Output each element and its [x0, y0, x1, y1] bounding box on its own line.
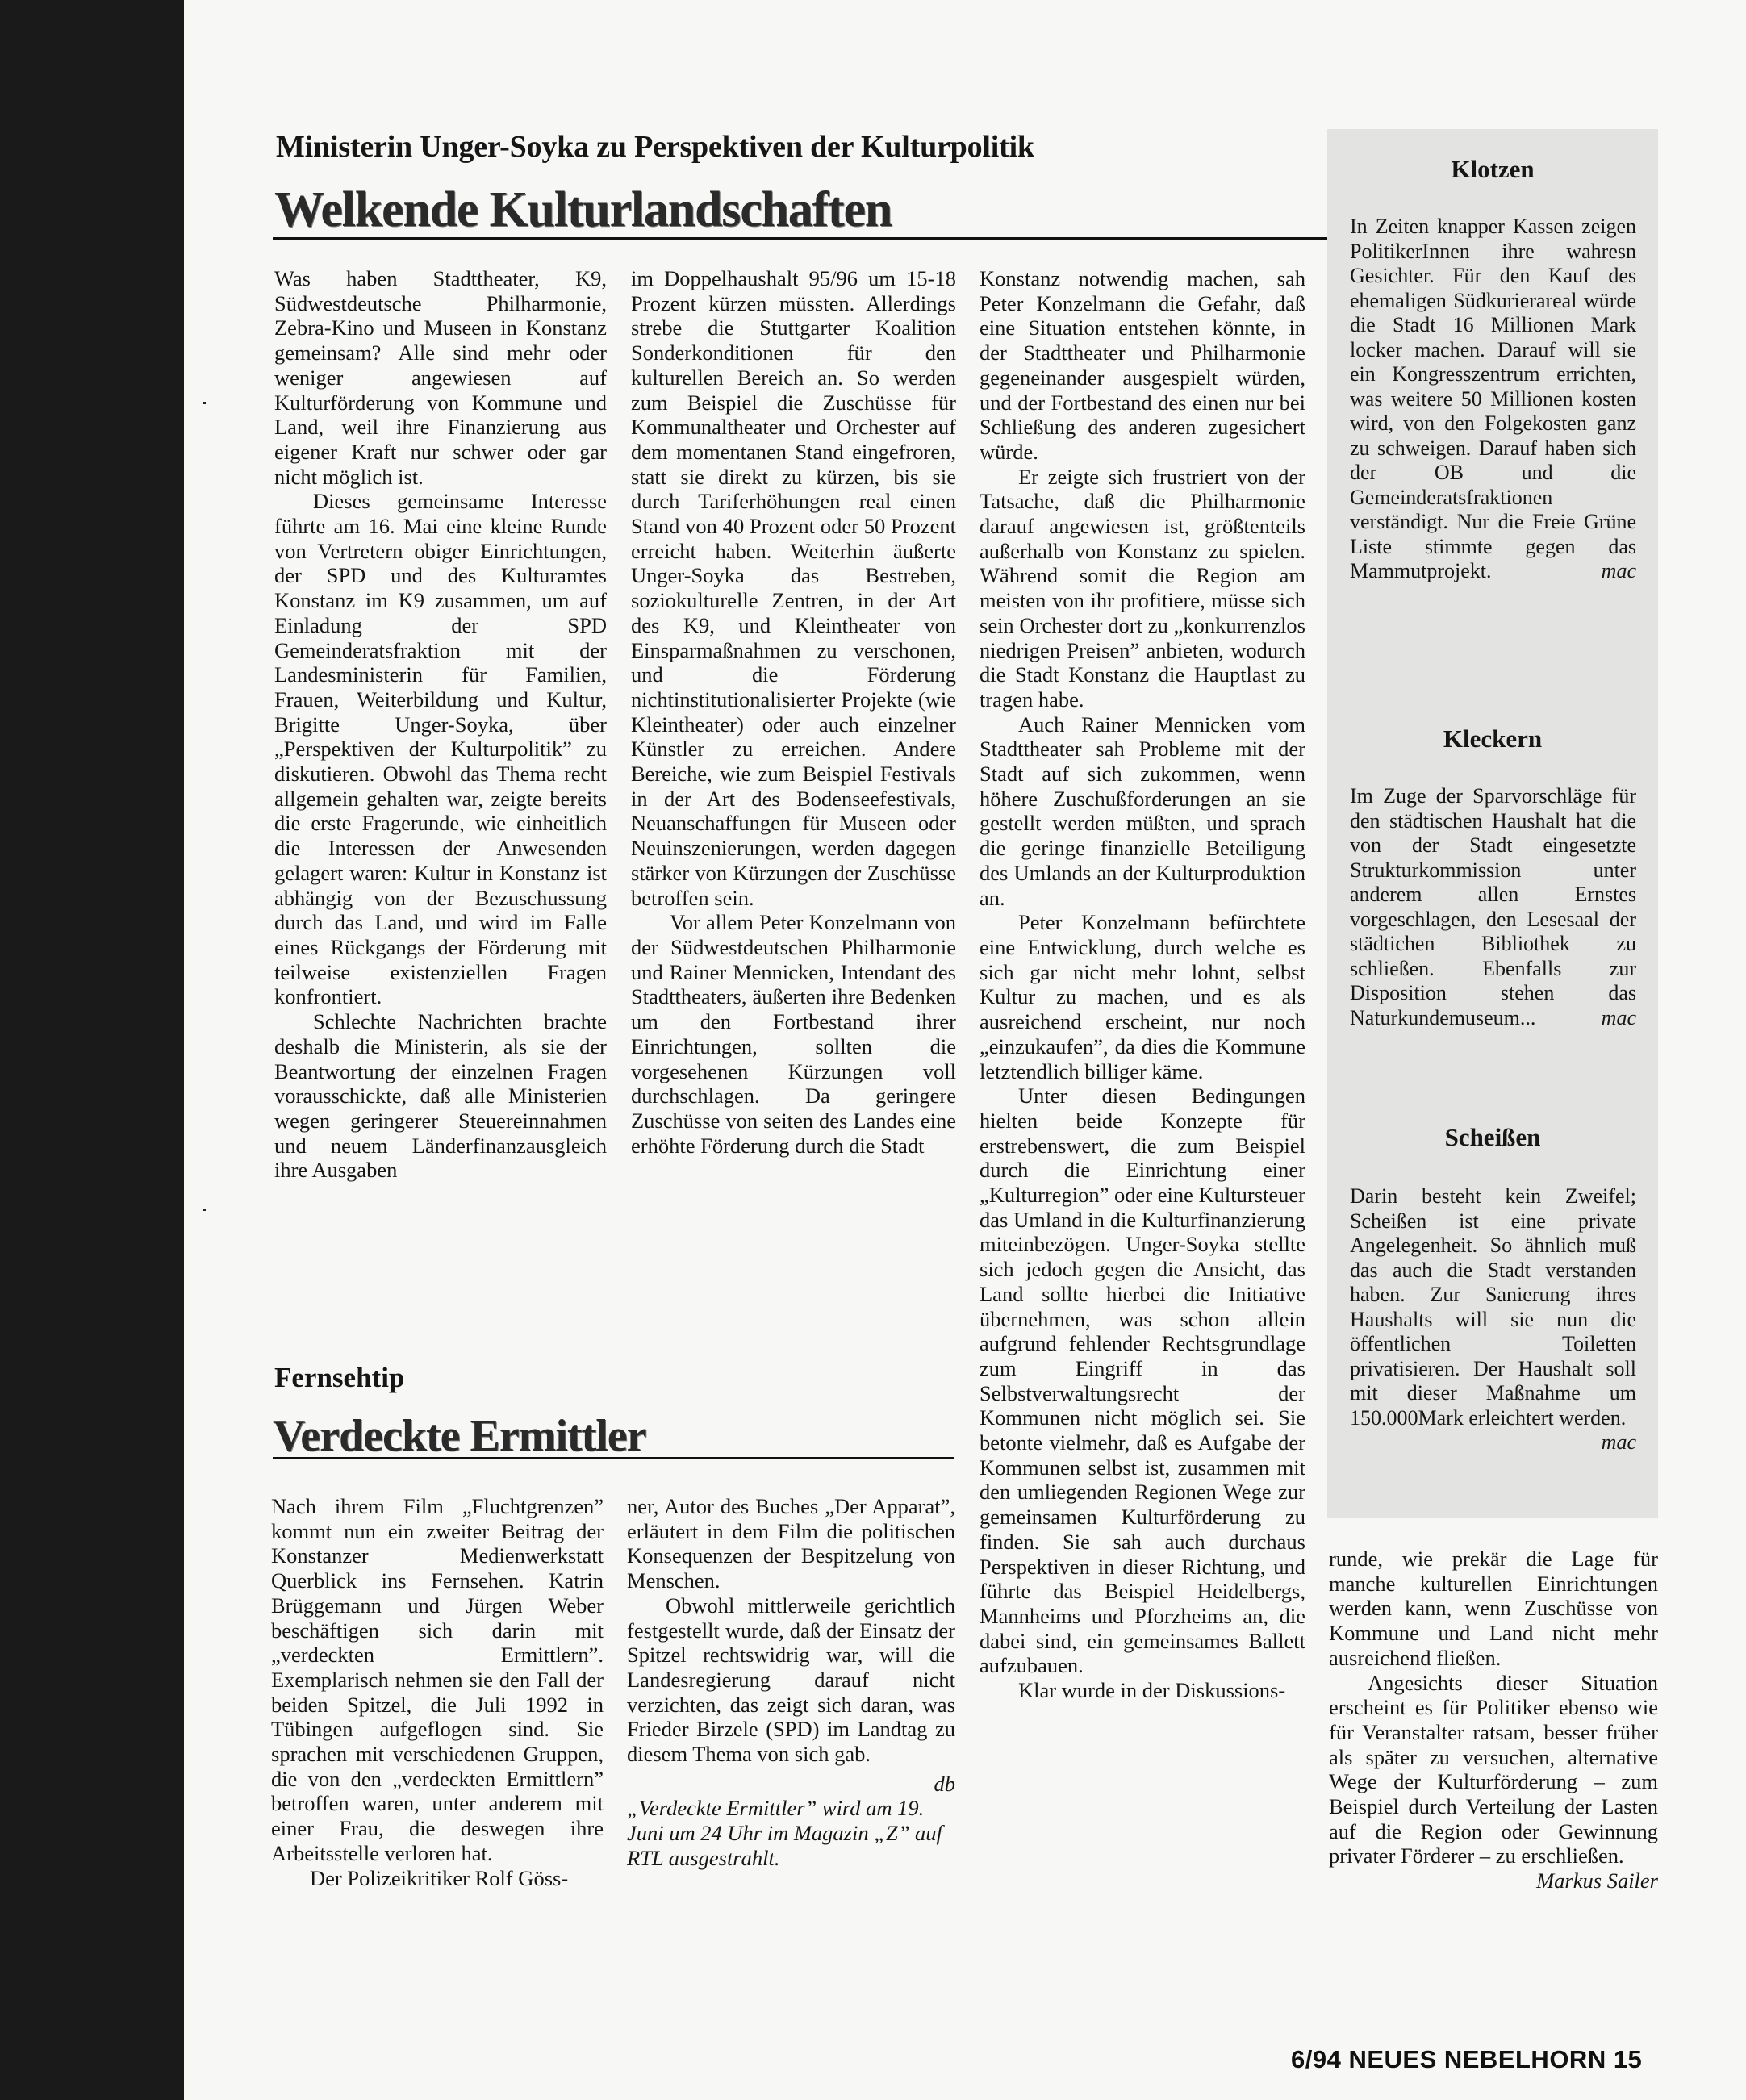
tv-article-column-1: Nach ihrem Film „Fluchtgrenzen” kommt nu… [271, 1494, 604, 1890]
article-headline: Welkende Kulturlandschaften [274, 182, 892, 239]
paragraph: Auch Rainer Mennicken vom Stadttheater s… [980, 712, 1305, 911]
article-kicker: Ministerin Unger-Soyka zu Perspektiven d… [276, 129, 1034, 165]
tv-article-kicker: Fernsehtip [274, 1362, 404, 1394]
paragraph: Was haben Stadttheater, K9, Südwestdeuts… [274, 266, 607, 489]
page-footer: 6/94 NEUES NEBELHORN 15 [1291, 2045, 1642, 2074]
tv-signature: db [627, 1772, 955, 1797]
sidebar-signature: mac [1602, 1006, 1636, 1031]
broadcast-note: „Verdeckte Ermittler” wird am 19. Juni u… [627, 1796, 955, 1870]
sidebar-body: Im Zuge der Sparvorschläge für den städt… [1350, 784, 1636, 1029]
scan-mark [203, 402, 206, 404]
paragraph: Schlechte Nachrichten brachte deshalb di… [274, 1009, 607, 1183]
paragraph: Unter diesen Bedingungen hielten beide K… [980, 1083, 1305, 1678]
paragraph: Klar wurde in der Diskussions- [980, 1678, 1305, 1703]
paragraph-text: Angesichts dieser Situation erscheint es… [1329, 1671, 1658, 1868]
paragraph: Angesichts dieser Situation erscheint es… [1329, 1671, 1658, 1869]
article-column-1: Was haben Stadttheater, K9, Südwestdeuts… [274, 266, 607, 1183]
sidebar-title-scheissen: Scheißen [1327, 1123, 1658, 1152]
sidebar-gray-box: Klotzen In Zeiten knapper Kassen zeigen … [1327, 129, 1658, 1518]
paragraph: Nach ihrem Film „Fluchtgrenzen” kommt nu… [271, 1494, 604, 1866]
paragraph: Er zeigte sich frustriert von der Tatsac… [980, 465, 1305, 712]
article-column-2: im Doppelhaushalt 95/96 um 15-18 Prozent… [631, 266, 956, 1158]
paragraph: Der Polizeikritiker Rolf Göss- [271, 1866, 604, 1891]
sidebar-signature: mac [1602, 559, 1636, 584]
author-byline: Markus Sailer [1497, 1868, 1658, 1893]
sidebar-text-kleckern: Im Zuge der Sparvorschläge für den städt… [1350, 784, 1636, 1030]
paragraph: im Doppelhaushalt 95/96 um 15-18 Prozent… [631, 266, 956, 910]
sidebar-title-kleckern: Kleckern [1327, 724, 1658, 754]
sidebar-signature: mac [1602, 1430, 1636, 1455]
sidebar-body: In Zeiten knapper Kassen zeigen Politike… [1350, 215, 1636, 582]
paragraph: Obwohl mittlerweile gerichtlich festgest… [627, 1593, 955, 1767]
sidebar-title-klotzen: Klotzen [1327, 155, 1658, 184]
paragraph: Peter Konzelmann befürchtete eine Entwic… [980, 910, 1305, 1083]
paragraph: Vor allem Peter Konzelmann von der Südwe… [631, 910, 956, 1158]
tv-article-column-2: ner, Autor des Buches „Der Apparat”, erl… [627, 1494, 955, 1871]
headline-rule [273, 237, 1327, 240]
article-column-3: Konstanz notwendig machen, sah Peter Kon… [980, 266, 1305, 1703]
paragraph: Konstanz notwendig machen, sah Peter Kon… [980, 266, 1305, 465]
paragraph: Dieses gemeinsame Interesse führte am 16… [274, 489, 607, 1009]
paragraph: runde, wie prekär die Lage für manche ku… [1329, 1547, 1658, 1671]
paragraph: ner, Autor des Buches „Der Apparat”, erl… [627, 1494, 955, 1593]
sidebar-body: Darin besteht kein Zweifel; Scheißen ist… [1350, 1184, 1636, 1430]
scan-mark [203, 1209, 206, 1211]
sidebar-text-klotzen: In Zeiten knapper Kassen zeigen Politike… [1350, 215, 1636, 584]
tv-article-headline: Verdeckte Ermittler [273, 1410, 646, 1462]
sidebar-text-scheissen: Darin besteht kein Zweifel; Scheißen ist… [1350, 1184, 1636, 1455]
tv-headline-rule [273, 1457, 954, 1459]
article-column-4: runde, wie prekär die Lage für manche ku… [1329, 1547, 1658, 1893]
